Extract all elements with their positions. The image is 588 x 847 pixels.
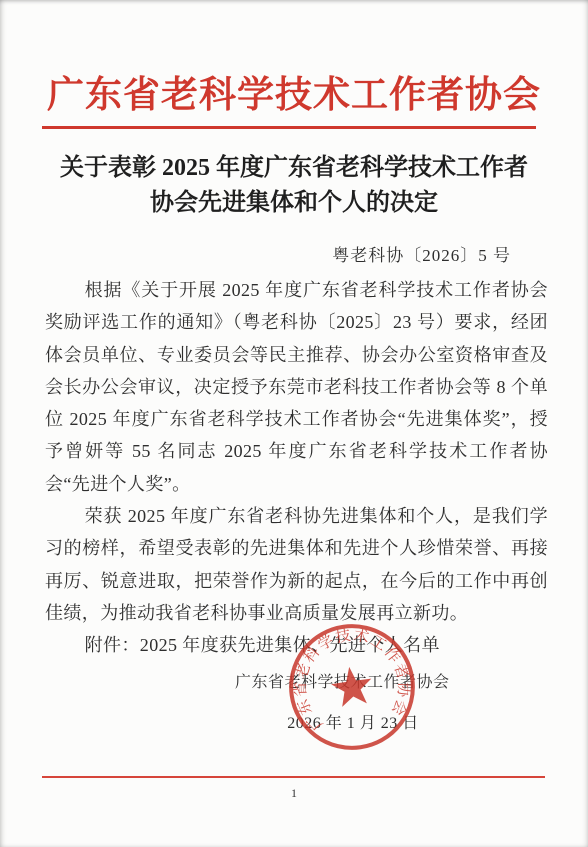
body-paragraph-2: 荣获 2025 年度广东省老科协先进集体和个人，是我们学习的榜样，希望受表彰的先… bbox=[45, 500, 548, 629]
document-number: 粤老科协〔2026〕5 号 bbox=[0, 241, 511, 266]
official-red-seal: 广东省老科学技术工作者协会 bbox=[272, 607, 432, 767]
document-body: 根据《关于开展 2025 年度广东省老科学技术工作者协会奖励评选工作的通知》（粤… bbox=[45, 274, 548, 662]
document-page: 广东省老科学技术工作者协会 关于表彰 2025 年度广东省老科学技术工作者 协会… bbox=[0, 0, 588, 847]
document-title-line1: 关于表彰 2025 年度广东省老科学技术工作者 bbox=[0, 151, 588, 186]
letterhead-org-title: 广东省老科学技术工作者协会 bbox=[0, 64, 588, 118]
body-paragraph-1: 根据《关于开展 2025 年度广东省老科学技术工作者协会奖励评选工作的通知》（粤… bbox=[45, 274, 548, 500]
document-title-line2: 协会先进集体和个人的决定 bbox=[0, 186, 588, 221]
letterhead-divider-line bbox=[42, 126, 536, 129]
page-number: 1 bbox=[0, 786, 588, 801]
seal-star-icon bbox=[329, 664, 375, 708]
document-title: 关于表彰 2025 年度广东省老科学技术工作者 协会先进集体和个人的决定 bbox=[0, 151, 588, 221]
footer-divider-line bbox=[42, 776, 545, 778]
